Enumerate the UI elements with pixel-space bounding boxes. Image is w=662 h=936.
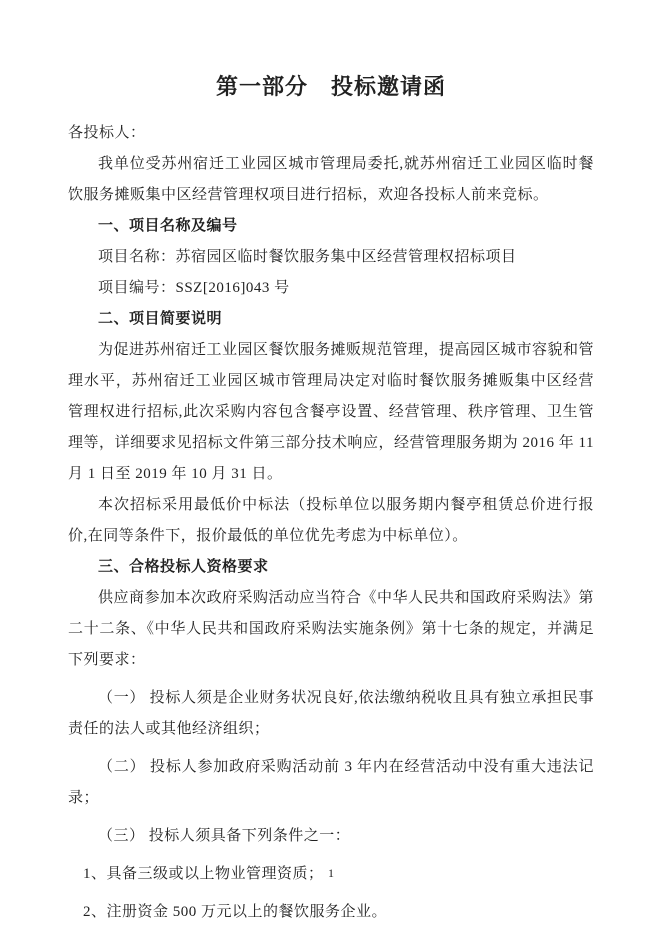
document-title: 第一部分 投标邀请函 — [68, 72, 594, 102]
document-page: 第一部分 投标邀请函 各投标人： 我单位受苏州宿迁工业园区城市管理局委托,就苏州… — [0, 0, 662, 936]
bid-method-paragraph: 本次招标采用最低价中标法（投标单位以服务期内餐亭租赁总价进行报价,在同等条件下，… — [68, 490, 594, 552]
salutation: 各投标人： — [68, 118, 594, 149]
condition-list-item-2: 2、注册资金 500 万元以上的餐饮服务企业。 — [68, 897, 594, 928]
section-1-heading: 一、项目名称及编号 — [68, 211, 594, 242]
qualification-intro-paragraph: 供应商参加本次政府采购活动应当符合《中华人民共和国政府采购法》第二十二条、《中华… — [68, 583, 594, 676]
qualification-item-1: （一） 投标人须是企业财务状况良好,依法缴纳税收且具有独立承担民事责任的法人或其… — [68, 683, 594, 745]
section-2-heading: 二、项目简要说明 — [68, 304, 594, 335]
project-description-paragraph: 为促进苏州宿迁工业园区餐饮服务摊贩规范管理，提高园区城市容貌和管理水平，苏州宿迁… — [68, 335, 594, 490]
intro-paragraph: 我单位受苏州宿迁工业园区城市管理局委托,就苏州宿迁工业园区临时餐饮服务摊贩集中区… — [68, 149, 594, 211]
project-name-line: 项目名称：苏宿园区临时餐饮服务集中区经营管理权招标项目 — [68, 242, 594, 273]
document-body: 第一部分 投标邀请函 各投标人： 我单位受苏州宿迁工业园区城市管理局委托,就苏州… — [68, 72, 594, 928]
qualification-item-3: （三） 投标人须具备下列条件之一： — [68, 821, 594, 852]
qualification-item-2: （二） 投标人参加政府采购活动前 3 年内在经营活动中没有重大违法记录； — [68, 752, 594, 814]
section-3-heading: 三、合格投标人资格要求 — [68, 552, 594, 583]
page-number: 1 — [0, 866, 662, 880]
project-number-line: 项目编号：SSZ[2016]043 号 — [68, 273, 594, 304]
